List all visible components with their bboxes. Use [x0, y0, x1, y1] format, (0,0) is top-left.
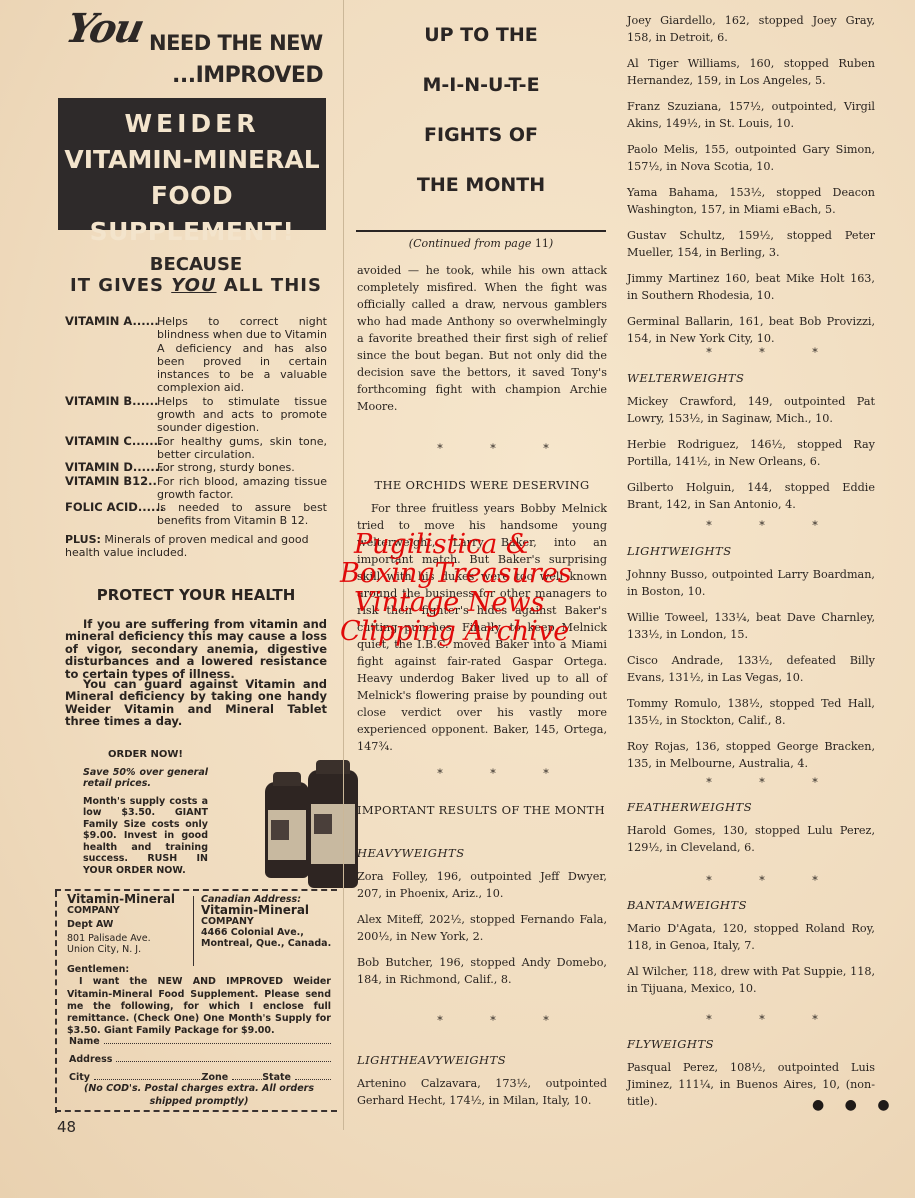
vitamin-row: VITAMIN C.......For healthy gums, skin t…: [65, 435, 327, 462]
address-line[interactable]: [116, 1053, 331, 1062]
address-field[interactable]: Address: [69, 1053, 331, 1065]
protect-paragraph-2: You can guard against Vitamin and Minera…: [65, 678, 327, 728]
fight-result: Artenino Calzavara, 173½, outpointed Ger…: [357, 1075, 607, 1109]
because-pre: IT GIVES: [70, 275, 171, 296]
fight-result: Willie Toweel, 133¼, beat Dave Charnley,…: [627, 609, 875, 643]
dept: Dept AW: [67, 919, 187, 930]
company-name: Vitamin-Mineral: [201, 905, 337, 916]
vitamin-desc: For strong, sturdy bones.: [157, 461, 327, 474]
fight-result: Bob Butcher, 196, stopped Andy Domebo, 1…: [357, 954, 607, 988]
fight-result: Johnny Busso, outpointed Larry Boardman,…: [627, 566, 875, 600]
brand-name: WEIDER: [58, 106, 326, 142]
vitamin-name: VITAMIN A......: [65, 315, 157, 395]
vitamin-row: VITAMIN B12..For rich blood, amazing tis…: [65, 475, 327, 502]
division-welterweights: WELTERWEIGHTS Mickey Crawford, 149, outp…: [627, 370, 875, 522]
fight-result: Franz Szuziana, 157½, outpointed, Virgil…: [627, 98, 875, 132]
salutation: Gentlemen:: [67, 964, 331, 976]
section-separator: * * *: [649, 776, 897, 789]
street: 801 Palisade Ave.: [67, 933, 187, 944]
title-rule: [356, 230, 606, 232]
ad-headline: You NEED THE NEW ...IMPROVED: [67, 5, 337, 90]
section-heading-orchids: THE ORCHIDS WERE DESERVING: [357, 478, 607, 492]
section-separator: * * *: [649, 1013, 897, 1026]
fight-result: Cisco Andrade, 133½, defeated Billy Evan…: [627, 652, 875, 686]
address-label: Address: [69, 1054, 112, 1065]
vitamin-name: FOLIC ACID......: [65, 501, 157, 528]
division-heading: LIGHTHEAVYWEIGHTS: [357, 1052, 607, 1069]
column-divider: [343, 0, 344, 1130]
company-name: Vitamin-Mineral: [67, 894, 187, 905]
order-price-text: Month's supply costs a low $3.50. GIANT …: [83, 796, 208, 877]
division-featherweights: FEATHERWEIGHTS Harold Gomes, 130, stoppe…: [627, 799, 875, 865]
vitamin-desc: Helps to correct night blindness when du…: [157, 315, 327, 395]
fight-result: Gustav Schultz, 159½, stopped Peter Muel…: [627, 227, 875, 261]
division-heavyweights: HEAVYWEIGHTS Zora Folley, 196, outpointe…: [357, 845, 607, 997]
product-line: VITAMIN-MINERAL: [58, 142, 326, 178]
because-line1: BECAUSE: [55, 255, 337, 275]
plus-minerals-note: PLUS: Minerals of proven medical and goo…: [65, 533, 327, 559]
section-separator: * * *: [379, 1014, 629, 1027]
division-heading: BANTAMWEIGHTS: [627, 897, 875, 914]
because-line2: IT GIVES YOU ALL THIS: [55, 275, 337, 297]
vitamin-desc: Helps to stimulate tissue growth and act…: [157, 395, 327, 435]
address-divider: [193, 896, 194, 966]
city: Union City, N. J.: [67, 944, 187, 955]
section-separator: * * *: [379, 767, 629, 780]
division-middleweights-continued: Joey Giardello, 162, stopped Joey Gray, …: [627, 12, 875, 356]
division-bantamweights: BANTAMWEIGHTS Mario D'Agata, 120, stoppe…: [627, 897, 875, 1006]
division-lightheavyweights: LIGHTHEAVYWEIGHTS Artenino Calzavara, 17…: [357, 1052, 607, 1118]
section-heading-results: IMPORTANT RESULTS OF THE MONTH: [357, 803, 607, 817]
fight-result: Roy Rojas, 136, stopped George Bracken, …: [627, 738, 875, 772]
section-separator: * * *: [649, 519, 897, 532]
fight-result: Germinal Ballarin, 161, beat Bob Provizz…: [627, 313, 875, 347]
name-line[interactable]: [104, 1035, 331, 1044]
vitamin-row: VITAMIN B......Helps to stimulate tissue…: [65, 395, 327, 435]
article-paragraph-1: avoided — he took, while his own attack …: [357, 262, 607, 415]
fight-result: Mickey Crawford, 149, outpointed Pat Low…: [627, 393, 875, 427]
fight-result: Paolo Melis, 155, outpointed Gary Simon,…: [627, 141, 875, 175]
division-heading: LIGHTWEIGHTS: [627, 543, 875, 560]
coupon-left-border: [55, 891, 57, 1113]
vitamin-row: FOLIC ACID......Is needed to assure best…: [65, 501, 327, 528]
street: 4466 Colonial Ave.,: [201, 927, 337, 938]
order-now-block: ORDER NOW! Save 50% over general retail …: [83, 749, 208, 882]
title-line: M-I-N-U-T-E: [355, 72, 607, 122]
zone-line[interactable]: [232, 1071, 262, 1080]
small-bottle: [265, 782, 309, 878]
division-heading: HEAVYWEIGHTS: [357, 845, 607, 862]
vitamin-name: VITAMIN B......: [65, 395, 157, 435]
order-save-text: Save 50% over general retail prices.: [83, 767, 208, 790]
article-paragraph-2: For three fruitless years Bobby Melnick …: [357, 500, 607, 755]
title-line: THE MONTH: [355, 172, 607, 222]
city-label: City: [69, 1072, 90, 1083]
coupon-top-border: [55, 889, 337, 891]
division-heading: FEATHERWEIGHTS: [627, 799, 875, 816]
city: Montreal, Que., Canada.: [201, 938, 337, 949]
vitamin-row: VITAMIN A......Helps to correct night bl…: [65, 315, 327, 395]
state-label: State: [262, 1072, 291, 1083]
because-you: YOU: [171, 275, 216, 296]
section-separator: * * *: [649, 346, 897, 359]
section-separator: * * *: [379, 442, 629, 455]
continued-note: (Continued from page 11): [355, 237, 607, 250]
because-heading: BECAUSE IT GIVES YOU ALL THIS: [55, 255, 337, 297]
us-address: Vitamin-Mineral COMPANY Dept AW 801 Pali…: [67, 894, 187, 955]
vitamin-row: VITAMIN D.......For strong, sturdy bones…: [65, 461, 327, 474]
state-line[interactable]: [295, 1071, 331, 1080]
zone-label: Zone: [202, 1072, 229, 1083]
fight-result: Jimmy Martinez 160, beat Mike Holt 163, …: [627, 270, 875, 304]
because-post: ALL THIS: [217, 275, 322, 296]
fight-result: Joey Giardello, 162, stopped Joey Gray, …: [627, 12, 875, 46]
headline-line1: NEED THE NEW: [149, 31, 323, 55]
vitamin-desc: Is needed to assure best benefits from V…: [157, 501, 327, 528]
coupon-text: I want the NEW AND IMPROVED Weider Vitam…: [67, 976, 331, 1037]
fight-result: Harold Gomes, 130, stopped Lulu Perez, 1…: [627, 822, 875, 856]
magazine-page: You NEED THE NEW ...IMPROVED WEIDER VITA…: [0, 0, 915, 1198]
name-label: Name: [69, 1036, 100, 1047]
headline-line2: ...IMPROVED: [172, 63, 323, 88]
product-type: FOOD SUPPLEMENT!: [58, 178, 326, 250]
division-heading: FLYWEIGHTS: [627, 1036, 875, 1053]
continued-page: 11: [535, 237, 549, 250]
end-of-article-mark: ● ● ●: [812, 1097, 898, 1113]
company-sub: COMPANY: [67, 905, 187, 916]
protect-heading: PROTECT YOUR HEALTH: [55, 586, 337, 604]
headline-script-you: You: [62, 5, 147, 52]
fight-result: Al Wilcher, 118, drew with Pat Suppie, 1…: [627, 963, 875, 997]
article-title: UP TO THE M-I-N-U-T-E FIGHTS OF THE MONT…: [355, 22, 607, 222]
title-line: UP TO THE: [355, 22, 607, 72]
city-zone-state-field[interactable]: City Zone State: [69, 1071, 331, 1083]
coupon-body: Gentlemen: I want the NEW AND IMPROVED W…: [67, 964, 331, 1038]
product-name-box: WEIDER VITAMIN-MINERAL FOOD SUPPLEMENT!: [58, 98, 326, 230]
page-number: 48: [57, 1118, 76, 1136]
canadian-address: Canadian Address: Vitamin-Mineral COMPAN…: [201, 894, 337, 949]
plus-text: Minerals of proven medical and good heal…: [65, 533, 309, 559]
city-line[interactable]: [94, 1071, 202, 1080]
continued-pre: (Continued from page: [409, 237, 535, 250]
fight-result: Gilberto Holguin, 144, stopped Eddie Bra…: [627, 479, 875, 513]
fight-result: Tommy Romulo, 138½, stopped Ted Hall, 13…: [627, 695, 875, 729]
fight-result: Mario D'Agata, 120, stopped Roland Roy, …: [627, 920, 875, 954]
section-separator: * * *: [649, 874, 897, 887]
division-lightweights: LIGHTWEIGHTS Johnny Busso, outpointed La…: [627, 543, 875, 781]
fight-result: Alex Miteff, 202½, stopped Fernando Fala…: [357, 911, 607, 945]
coupon-footnote: (No COD's. Postal charges extra. All ord…: [67, 1083, 331, 1108]
continued-post: ): [549, 237, 553, 250]
vitamin-list: VITAMIN A......Helps to correct night bl…: [65, 315, 327, 528]
vitamin-desc: For rich blood, amazing tissue growth fa…: [157, 475, 327, 502]
fight-result: Zora Folley, 196, outpointed Jeff Dwyer,…: [357, 868, 607, 902]
protect-paragraph-1: If you are suffering from vitamin and mi…: [65, 618, 327, 681]
title-line: FIGHTS OF: [355, 122, 607, 172]
coupon-bottom-border: [55, 1110, 337, 1112]
plus-label: PLUS:: [65, 533, 101, 546]
company-sub: COMPANY: [201, 916, 337, 927]
large-bottle: [308, 770, 358, 888]
name-field[interactable]: Name: [69, 1035, 331, 1047]
fight-result: Al Tiger Williams, 160, stopped Ruben He…: [627, 55, 875, 89]
vitamin-name: VITAMIN B12..: [65, 475, 157, 502]
fight-result: Yama Bahama, 153½, stopped Deacon Washin…: [627, 184, 875, 218]
vitamin-name: VITAMIN D.......: [65, 461, 157, 474]
vitamin-desc: For healthy gums, skin tone, better circ…: [157, 435, 327, 462]
division-heading: WELTERWEIGHTS: [627, 370, 875, 387]
order-now-title: ORDER NOW!: [83, 749, 208, 761]
product-bottles-image: [253, 760, 363, 888]
vitamin-name: VITAMIN C.......: [65, 435, 157, 462]
fight-result: Herbie Rodriguez, 146½, stopped Ray Port…: [627, 436, 875, 470]
